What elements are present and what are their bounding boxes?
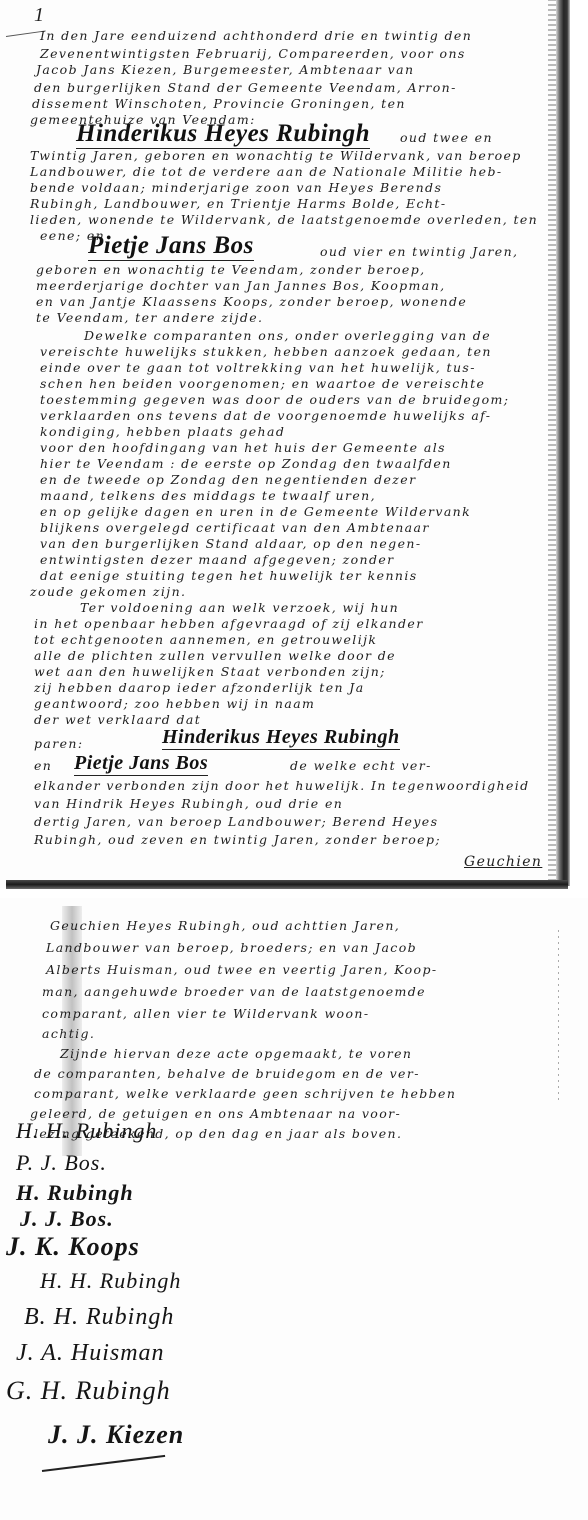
signature-bride: P. J. Bos. xyxy=(16,1150,107,1176)
signature-witness: B. H. Rubingh xyxy=(24,1304,174,1331)
text-line: Alberts Huisman, oud twee en veertig Jar… xyxy=(46,962,437,977)
text-line: blijkens overgelegd certificaat van den … xyxy=(40,520,430,535)
text-line: te Veendam, ter andere zijde. xyxy=(36,310,263,325)
text-line: van den burgerlijken Stand aldaar, op de… xyxy=(40,536,421,551)
text-line: voor den hoofdingang van het huis der Ge… xyxy=(40,440,446,455)
text-line: Zijnde hiervan deze acte opgemaakt, te v… xyxy=(60,1046,412,1061)
text-line: Dewelke comparanten ons, onder overleggi… xyxy=(84,328,491,343)
text-line: van Hindrik Heyes Rubingh, oud drie en xyxy=(34,796,343,811)
text-line: comparant, welke verklaarde geen schrijv… xyxy=(34,1086,456,1101)
text-line: en de tweede op Zondag den negentienden … xyxy=(40,472,416,487)
groom-name: Hinderikus Heyes Rubingh xyxy=(76,120,370,149)
text-line: entwintigsten dezer maand afgegeven; zon… xyxy=(40,552,395,567)
text-line: meerderjarige dochter van Jan Jannes Bos… xyxy=(36,278,445,293)
text-line: tot echtgenooten aannemen, en getrouweli… xyxy=(34,632,377,647)
text-line: wet aan den huwelijken Staat verbonden z… xyxy=(34,664,386,679)
folio-mark: 1 xyxy=(34,4,44,27)
text-line: Geuchien Heyes Rubingh, oud achttien Jar… xyxy=(50,918,400,933)
signature-witness: G. H. Rubingh xyxy=(6,1376,171,1406)
bride-name-repeat: Pietje Jans Bos xyxy=(74,752,208,776)
bride-age: oud vier en twintig Jaren, xyxy=(320,244,518,259)
signature-witness: J. K. Koops xyxy=(6,1232,140,1262)
text-line: geantwoord; zoo hebben wij in naam xyxy=(34,696,315,711)
signature-witness: H. H. Rubingh xyxy=(40,1268,181,1294)
text-line: lieden, wonende te Wildervank, de laatst… xyxy=(30,212,538,227)
text-line: paren: xyxy=(34,736,84,751)
text-line: verklaarden ons tevens dat de voorgenoem… xyxy=(40,408,491,423)
text-line: Ter voldoening aan welk verzoek, wij hun xyxy=(80,600,399,615)
signature-official: J. J. Kiezen xyxy=(48,1420,184,1450)
signature-witness: H. Rubingh xyxy=(16,1180,134,1206)
signature-witness: J. A. Huisman xyxy=(16,1340,165,1367)
bride-name: Pietje Jans Bos xyxy=(88,232,254,261)
text-line: en op gelijke dagen en uren in de Gemeen… xyxy=(40,504,471,519)
signature-groom: H. H. Rubingh xyxy=(16,1118,157,1144)
text-line: alle de plichten zullen vervullen welke … xyxy=(34,648,396,663)
text-line: den burgerlijken Stand der Gemeente Veen… xyxy=(34,80,457,95)
catchword: Geuchien xyxy=(464,854,542,870)
text-line: man, aangehuwde broeder van de laatstgen… xyxy=(42,984,426,999)
text-line: dissement Winschoten, Provincie Groninge… xyxy=(32,96,406,111)
groom-name-repeat: Hinderikus Heyes Rubingh xyxy=(162,726,400,750)
text-line: de welke echt ver- xyxy=(290,758,432,773)
text-line: hier te Veendam : de eerste op Zondag de… xyxy=(40,456,452,471)
text-line: in het openbaar hebben afgevraagd of zij… xyxy=(34,616,424,631)
text-line: Rubingh, oud zeven en twintig Jaren, zon… xyxy=(34,832,441,847)
text-line: dat eenige stuiting tegen het huwelijk t… xyxy=(40,568,418,583)
text-line: comparant, allen vier te Wildervank woon… xyxy=(42,1006,370,1021)
text-line: geboren en wonachtig te Veendam, zonder … xyxy=(36,262,425,277)
text-line: schen hen beiden voorgenomen; en waartoe… xyxy=(40,376,485,391)
text-line: en van Jantje Klaassens Koops, zonder be… xyxy=(36,294,467,309)
text-line: dertig Jaren, van beroep Landbouwer; Ber… xyxy=(34,814,438,829)
text-line: zoude gekomen zijn. xyxy=(30,584,186,599)
text-line: Landbouwer, die tot de verdere aan de Na… xyxy=(30,164,502,179)
text-line: achtig. xyxy=(42,1026,95,1041)
groom-age: oud twee en xyxy=(400,130,493,145)
scan-edge-dots xyxy=(558,930,559,1100)
text-line: Landbouwer van beroep, broeders; en van … xyxy=(46,940,417,955)
text-line: de comparanten, behalve de bruidegom en … xyxy=(34,1066,420,1081)
text-line: der wet verklaard dat xyxy=(34,712,201,727)
text-line: en xyxy=(34,758,52,773)
text-line: bende voldaan; minderjarige zoon van Hey… xyxy=(30,180,442,195)
text-line: vereischte huwelijks stukken, hebben aan… xyxy=(40,344,492,359)
text-line: zij hebben daarop ieder afzonderlijk ten… xyxy=(34,680,365,695)
text-line: einde over te gaan tot voltrekking van h… xyxy=(40,360,476,375)
text-line: elkander verbonden zijn door het huwelij… xyxy=(34,778,530,793)
text-line: Rubingh, Landbouwer, en Trientje Harms B… xyxy=(30,196,446,211)
signature-witness: J. J. Bos. xyxy=(20,1206,114,1232)
text-line: Twintig Jaren, geboren en wonachtig te W… xyxy=(30,148,522,163)
text-line: Jacob Jans Kiezen, Burgemeester, Ambtena… xyxy=(36,62,414,77)
book-spine-shadow xyxy=(556,0,570,886)
text-line: maand, telkens des middags te twaalf ure… xyxy=(40,488,376,503)
text-line: kondiging, hebben plaats gehad xyxy=(40,424,285,439)
text-line: In den Jare eenduizend achthonderd drie … xyxy=(40,28,472,43)
text-line: Zevenentwintigsten Februarij, Compareerd… xyxy=(40,46,466,61)
text-line: toestemming gegeven was door de ouders v… xyxy=(40,392,509,407)
page-bottom-edge xyxy=(6,880,568,889)
